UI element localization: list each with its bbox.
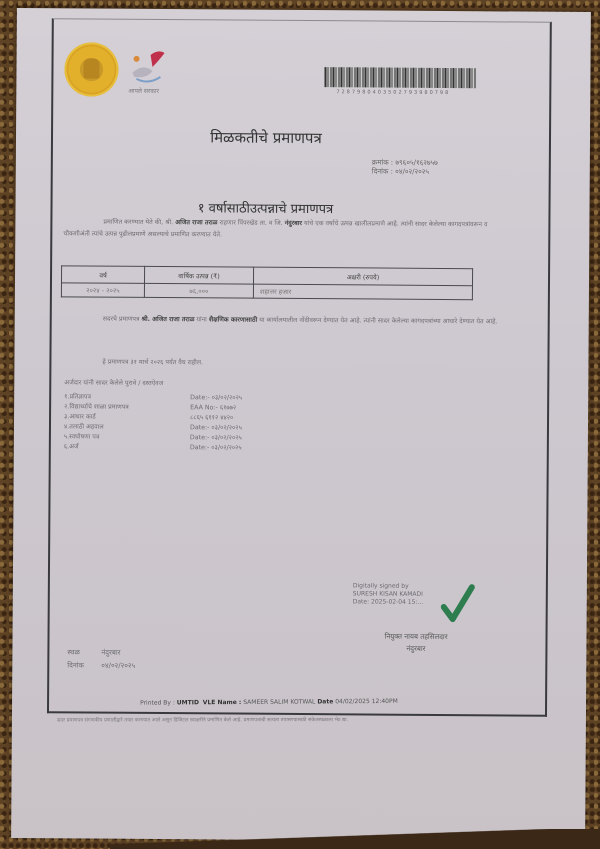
place-label: स्थळ xyxy=(67,646,101,659)
purpose-middle: यांना xyxy=(196,316,206,323)
place-value: नंदुरबार xyxy=(101,649,120,657)
purpose-rest: या कार्यालयातील नोंदीवरून देण्यात येत आह… xyxy=(259,317,497,326)
applicant-name: अजित राजा तराळ xyxy=(175,219,217,226)
footer-note: सदर प्रमाणपत्र संगणकीय प्रणालीद्वारे तया… xyxy=(57,716,577,725)
document-value: EAA No:- ६१७७२ xyxy=(190,403,236,413)
income-table-header: अक्षरी (रुपये) xyxy=(253,267,472,286)
certificate-subtitle: १ वर्षासाठीउत्पन्नाचे प्रमाणपत्र xyxy=(15,197,515,218)
document-value: Date:- ०३/०२/२०२५ xyxy=(190,423,242,433)
intro-prefix: प्रमाणित करण्यात येते की, श्री. xyxy=(103,219,173,226)
date-label: दिनांक xyxy=(372,167,389,175)
purpose-prefix: सदरचे प्रमाणपत्र xyxy=(103,316,140,323)
income-table-cell: २०२४ - २०२५ xyxy=(61,283,144,298)
income-table-cell: ७६,००० xyxy=(144,283,253,298)
printed-by-label: Printed By : xyxy=(140,699,175,706)
purpose-applicant-name: श्री. अजित राजा तराळ xyxy=(141,316,194,323)
document-value: Date:- ०३/०२/२०२५ xyxy=(190,393,242,403)
income-table: वर्षवार्षिक उत्पन्न (₹)अक्षरी (रुपये) २०… xyxy=(61,265,473,300)
barcode-number: 7287980403502793980798 xyxy=(336,89,476,96)
income-table-header: वर्ष xyxy=(61,266,144,284)
intro-middle: राहणार पिंपरखेड ता. व जि. xyxy=(219,219,282,226)
certificate-paper: आपले सरकार 7287980403502793980798 मिळकती… xyxy=(11,8,591,842)
income-table-cell: शहात्तर हजार xyxy=(253,284,472,300)
intro-paragraph: प्रमाणित करण्यात येते की, श्री. अजित राज… xyxy=(63,216,501,243)
signature-date: Date: 2025-02-04 15:... xyxy=(353,598,423,606)
document-name: ६.अर्ज xyxy=(64,442,190,453)
district-name: नंदुरबार xyxy=(285,220,302,227)
digital-signature: Digitally signed by SURESH KISAN KAMADI … xyxy=(353,582,424,606)
officer-office: नंदुरबार xyxy=(384,643,447,655)
documents-list: १.प्रतिज्ञापत्रDate:- ०३/०२/२०२५२.विद्या… xyxy=(64,392,242,453)
document-title: मिळकतीचे प्रमाणपत्र xyxy=(16,126,516,149)
printed-date-label: Date xyxy=(317,698,333,705)
table-row: २०२४ - २०२५७६,०००शहात्तर हजार xyxy=(61,283,472,300)
certificate-meta: क्रमांक : ७९६०५/१६२७५७ दिनांक : ०४/०२/२०… xyxy=(372,158,438,176)
income-table-header: वार्षिक उत्पन्न (₹) xyxy=(144,266,253,284)
printed-by-id: UMTID xyxy=(177,699,199,706)
issuing-officer: नियुक्त नायब तहसिलदार नंदुरबार xyxy=(384,631,447,655)
document-value: Date:- ०३/०२/२०२५ xyxy=(190,443,242,453)
number-value: ७९६०५/१६२७५७ xyxy=(395,159,437,167)
vle-name: SAMEER SALIM KOTWAL xyxy=(243,698,315,706)
printed-date-value: 04/02/2025 12:40PM xyxy=(335,698,398,705)
place-date: स्थळनंदुरबार दिनांक०४/०२/२०२५ xyxy=(67,646,135,672)
table-surface xyxy=(110,829,600,849)
verified-check-icon xyxy=(441,583,475,625)
state-emblem-icon xyxy=(64,42,118,96)
documents-heading: अर्जदार यांनी सादर केलेले पुरावे / दस्तऐ… xyxy=(64,377,163,387)
issue-date-value: ०४/०२/२०२५ xyxy=(101,662,135,670)
document-value: ८८६५ ६११२ ४४२० xyxy=(190,413,233,423)
document-value: Date:- ०३/०२/२०२५ xyxy=(190,433,242,443)
date-value: ०४/०२/२०२५ xyxy=(395,168,429,176)
vle-label: VLE Name : xyxy=(203,699,242,706)
issue-date-label: दिनांक xyxy=(67,659,101,672)
number-label: क्रमांक xyxy=(372,158,389,166)
list-item: ६.अर्जDate:- ०३/०२/२०२५ xyxy=(64,442,242,453)
barcode xyxy=(324,67,476,88)
purpose-reason: शैक्षणिक कारणासाठी xyxy=(209,316,257,323)
officer-title: नियुक्त नायब तहसिलदार xyxy=(384,631,447,643)
logo-caption: आपले सरकार xyxy=(128,87,159,95)
